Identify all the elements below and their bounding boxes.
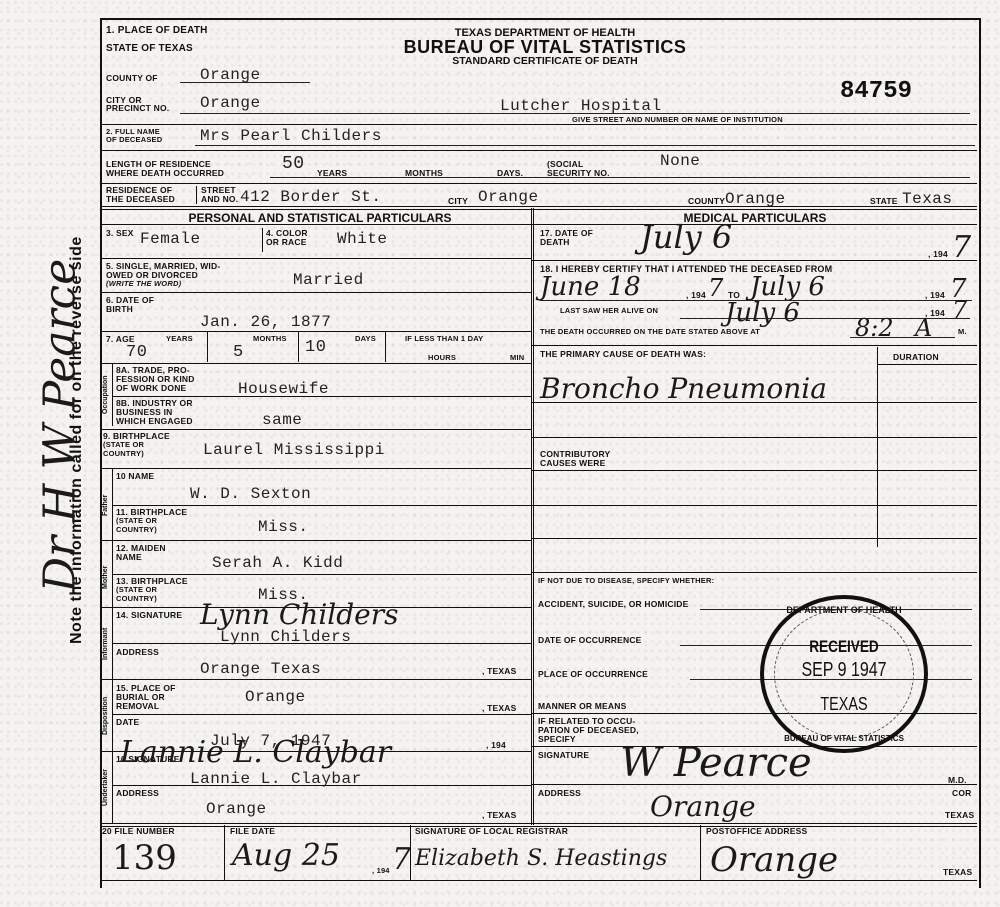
birthplace-label-2: (State or <box>103 441 144 449</box>
occupation-related-label-3: specify <box>538 735 576 744</box>
informant-signature-label: 14. Signature <box>116 611 182 620</box>
physician-address: Orange <box>650 790 756 823</box>
race-label-2: or Race <box>266 238 307 247</box>
attended-from-year: 7 <box>708 274 723 302</box>
certificate-type: Standard Certificate of Death <box>380 55 710 67</box>
file-date-suffix: , 194 <box>372 867 390 875</box>
postoffice-value: Orange <box>710 840 838 880</box>
undertaker-texas-suffix: , Texas <box>482 811 516 820</box>
mother-birthplace-label-2: (State or <box>116 586 157 594</box>
father-birthplace-value: Miss. <box>258 518 309 536</box>
informant-texas-suffix: , Texas <box>482 667 516 676</box>
name-label-2: of Deceased <box>106 136 162 144</box>
last-saw-year: 7 <box>952 296 967 324</box>
less-than-day-label: If less than 1 day <box>405 335 483 343</box>
residence-length-label-2: Where Death Occurred <box>106 169 224 178</box>
stamp-arc-bottom: Bureau of Vital Statistics <box>764 734 924 743</box>
street-label-2: and No. <box>201 195 238 204</box>
postoffice-texas-label: Texas <box>943 868 972 877</box>
industry-label-3: which engaged <box>116 417 193 426</box>
stamp-arc-top: Department of Health <box>764 605 924 615</box>
father-group-label: Father <box>102 470 112 540</box>
registrar-signature: Elizabeth S. Heastings <box>415 846 667 871</box>
death-time-label: The death occurred on the date stated ab… <box>540 328 760 336</box>
county-label: County of <box>106 74 158 83</box>
race-value: White <box>337 230 388 248</box>
mother-maiden-label-2: Name <box>116 553 142 562</box>
margin-signature: Dr H W Pearce <box>35 216 86 636</box>
primary-cause-label: The primary cause of death was: <box>540 350 706 359</box>
last-saw-label: Last saw her alive on <box>560 307 658 315</box>
informant-signature: Lynn Childers <box>200 598 399 631</box>
certificate-number: 84759 <box>840 78 912 105</box>
personal-section-title: Personal and Statistical Particulars <box>110 211 530 225</box>
attended-to-year-suffix: , 194 <box>925 291 945 300</box>
informant-group-label: Informant <box>102 609 112 679</box>
registrar-label: Signature of Local Registrar <box>415 827 568 836</box>
ssn-value: None <box>660 152 700 170</box>
city-label-2: Precinct No. <box>106 104 169 113</box>
city-value: Orange <box>200 94 261 112</box>
undertaker-address: Orange <box>206 800 267 818</box>
sex-label: 3. Sex <box>106 229 134 238</box>
birthplace-value: Laurel Mississippi <box>203 441 385 459</box>
min-label: Min <box>510 354 524 362</box>
residence-city: Orange <box>478 188 539 206</box>
father-birthplace-label-2: (State or <box>116 517 157 525</box>
duration-label: Duration <box>893 353 939 362</box>
deceased-name: Mrs Pearl Childers <box>200 127 382 145</box>
accident-label: Accident, suicide, or homicide <box>538 600 689 609</box>
medical-section-title: Medical Particulars <box>540 211 970 225</box>
residence-label-2: The Deceased <box>106 195 175 204</box>
last-saw-value: July 6 <box>725 298 800 328</box>
certificate-page: Note the information called for on the r… <box>0 0 1000 907</box>
stamp-date: SEP 9 1947 <box>780 659 908 682</box>
age-days-label: Days <box>355 335 376 343</box>
contributory-label-2: causes were <box>540 459 606 468</box>
primary-cause-value: Broncho Pneumonia <box>540 372 827 405</box>
age-years-value: 70 <box>126 343 147 362</box>
institution-hint: Give street and number or name of instit… <box>572 116 783 124</box>
file-date-label: File Date <box>230 827 275 836</box>
father-birthplace-label-3: country) <box>116 526 157 534</box>
file-date-value: Aug 25 <box>232 838 340 873</box>
residence-city-label: City <box>448 197 468 206</box>
age-months-value: 5 <box>233 343 244 362</box>
physician-signature: W Pearce <box>620 740 812 786</box>
state-label: State of Texas <box>106 44 193 53</box>
burial-label-3: removal <box>116 702 159 711</box>
residence-state-label: State <box>870 197 898 206</box>
burial-place: Orange <box>245 688 306 706</box>
undertaker-group-label: Undertaker <box>102 753 112 823</box>
father-name-value: W. D. Sexton <box>190 485 311 503</box>
not-disease-label: If not due to disease, specify whether: <box>538 577 714 585</box>
burial-date-label: Date <box>116 718 139 727</box>
attended-from-value: June 18 <box>540 272 641 302</box>
trade-label-3: of work done <box>116 384 186 393</box>
dod-year-suffix: , 194 <box>928 250 948 259</box>
manner-label: Manner or means <box>538 702 626 711</box>
m-suffix: M. <box>958 328 967 336</box>
informant-address-label: Address <box>116 648 159 657</box>
age-days-value: 10 <box>305 338 326 357</box>
residence-county-label: County <box>688 197 725 206</box>
occurrence-place-label: Place of occurrence <box>538 670 648 679</box>
residence-years: 50 <box>282 154 305 174</box>
burial-year-suffix: , 194 <box>486 741 506 750</box>
file-number-label: 20 File Number <box>102 827 175 836</box>
marital-label-3: (Write the word) <box>106 280 181 288</box>
physician-address-label: Address <box>538 789 581 798</box>
stamp-state: TEXAS <box>780 694 908 715</box>
dod-label-2: Death <box>540 238 570 247</box>
informant-address: Orange Texas <box>200 660 321 678</box>
age-years-label: Years <box>166 335 193 343</box>
dod-value: July 6 <box>640 218 732 256</box>
physician-texas-label: Texas <box>945 811 974 820</box>
mother-birthplace-label-3: country) <box>116 595 157 603</box>
birthplace-label-3: country) <box>103 450 144 458</box>
physician-signature-label: Signature <box>538 751 589 760</box>
age-months-label: Months <box>253 335 287 343</box>
dob-value: Jan. 26, 1877 <box>200 313 331 331</box>
dob-label-2: Birth <box>106 305 133 314</box>
industry-value: same <box>262 411 302 429</box>
cor-label: COR <box>952 789 972 798</box>
file-number-value: 139 <box>112 838 177 878</box>
stamp-received: RECEIVED <box>780 637 908 657</box>
undertaker-address-label: Address <box>116 789 159 798</box>
father-name-label: 10 Name <box>116 472 154 481</box>
burial-texas-suffix: , Texas <box>482 704 516 713</box>
mother-maiden-value: Serah A. Kidd <box>212 554 343 572</box>
occupation-group-label: Occupation <box>102 365 112 425</box>
marital-value: Married <box>293 271 364 289</box>
disposition-group-label: Disposition <box>102 681 112 751</box>
file-date-year: 7 <box>392 842 411 877</box>
place-of-death-label: 1. Place of Death <box>106 26 208 35</box>
residence-street: 412 Border St. <box>240 188 381 206</box>
hours-label: Hours <box>428 354 456 362</box>
undertaker-signature: Lannie L. Claybar <box>120 735 391 770</box>
occurrence-date-label: Date of occurrence <box>538 636 642 645</box>
mother-group-label: Mother <box>102 542 112 612</box>
postoffice-label: Postoffice Address <box>706 827 807 836</box>
sex-value: Female <box>140 230 201 248</box>
received-stamp: Department of Health RECEIVED SEP 9 1947… <box>760 595 928 753</box>
attended-from-year-suffix: , 194 <box>686 291 706 300</box>
